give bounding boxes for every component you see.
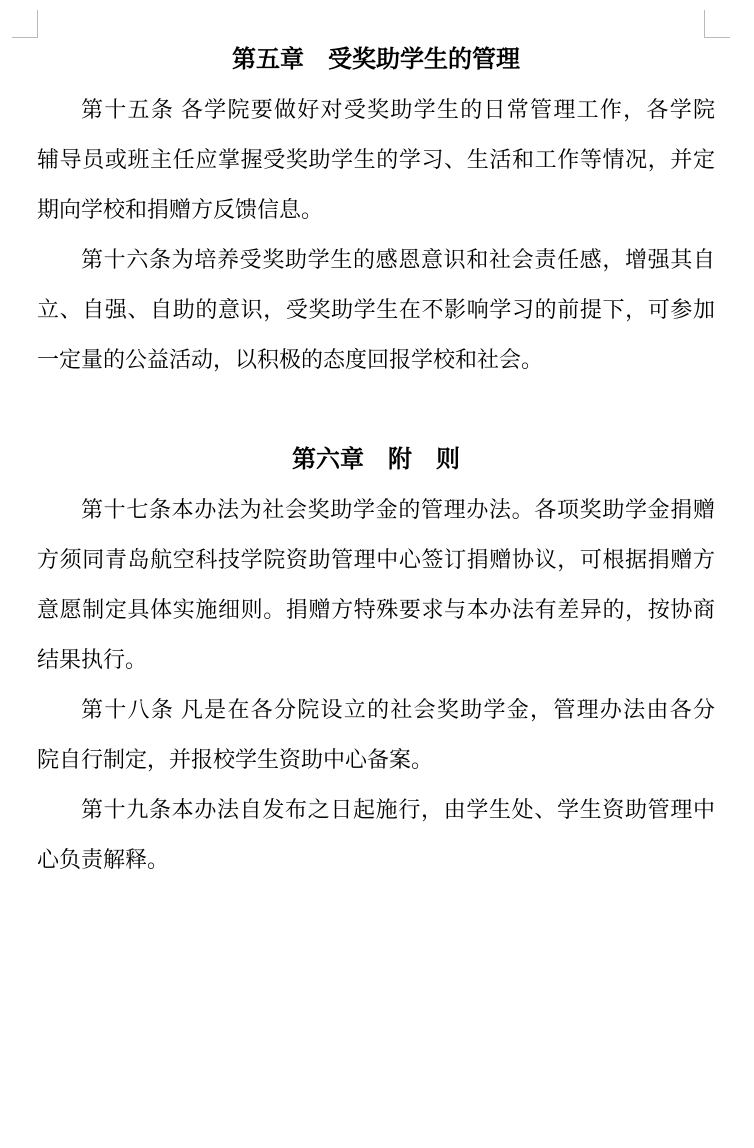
article-15-line-3: 期向学校和捐赠方反馈信息。 (37, 185, 715, 235)
article-16-line-2: 立、自强、自助的意识，受奖助学生在不影响学习的前提下，可参加 (37, 285, 715, 335)
article-15-line-1: 第十五条 各学院要做好对受奖助学生的日常管理工作，各学院 (37, 85, 715, 135)
article-17-line-1: 第十七条本办法为社会奖助学金的管理办法。各项奖助学金捐赠 (37, 485, 715, 535)
margin-crop-mark-top-left-icon (12, 10, 38, 38)
article-16-line-3: 一定量的公益活动，以积极的态度回报学校和社会。 (37, 335, 715, 385)
document-page: 第五章 受奖助学生的管理 第十五条 各学院要做好对受奖助学生的日常管理工作，各学… (0, 0, 754, 1148)
document-content: 第五章 受奖助学生的管理 第十五条 各学院要做好对受奖助学生的日常管理工作，各学… (37, 35, 715, 885)
article-17-line-2: 方须同青岛航空科技学院资助管理中心签订捐赠协议，可根据捐赠方 (37, 535, 715, 585)
article-19-line-2: 心负责解释。 (37, 835, 715, 885)
article-17-line-4: 结果执行。 (37, 635, 715, 685)
article-16-line-1: 第十六条为培养受奖助学生的感恩意识和社会责任感，增强其自 (37, 235, 715, 285)
blank-line (37, 385, 715, 435)
margin-crop-mark-top-right-icon (704, 10, 730, 38)
article-17-line-3: 意愿制定具体实施细则。捐赠方特殊要求与本办法有差异的，按协商 (37, 585, 715, 635)
article-15-line-2: 辅导员或班主任应掌握受奖助学生的学习、生活和工作等情况，并定 (37, 135, 715, 185)
article-18-line-2: 院自行制定，并报校学生资助中心备案。 (37, 735, 715, 785)
chapter-6-heading: 第六章 附 则 (37, 435, 715, 485)
chapter-5-heading: 第五章 受奖助学生的管理 (37, 35, 715, 85)
article-19-line-1: 第十九条本办法自发布之日起施行，由学生处、学生资助管理中 (37, 785, 715, 835)
article-18-line-1: 第十八条 凡是在各分院设立的社会奖助学金，管理办法由各分 (37, 685, 715, 735)
